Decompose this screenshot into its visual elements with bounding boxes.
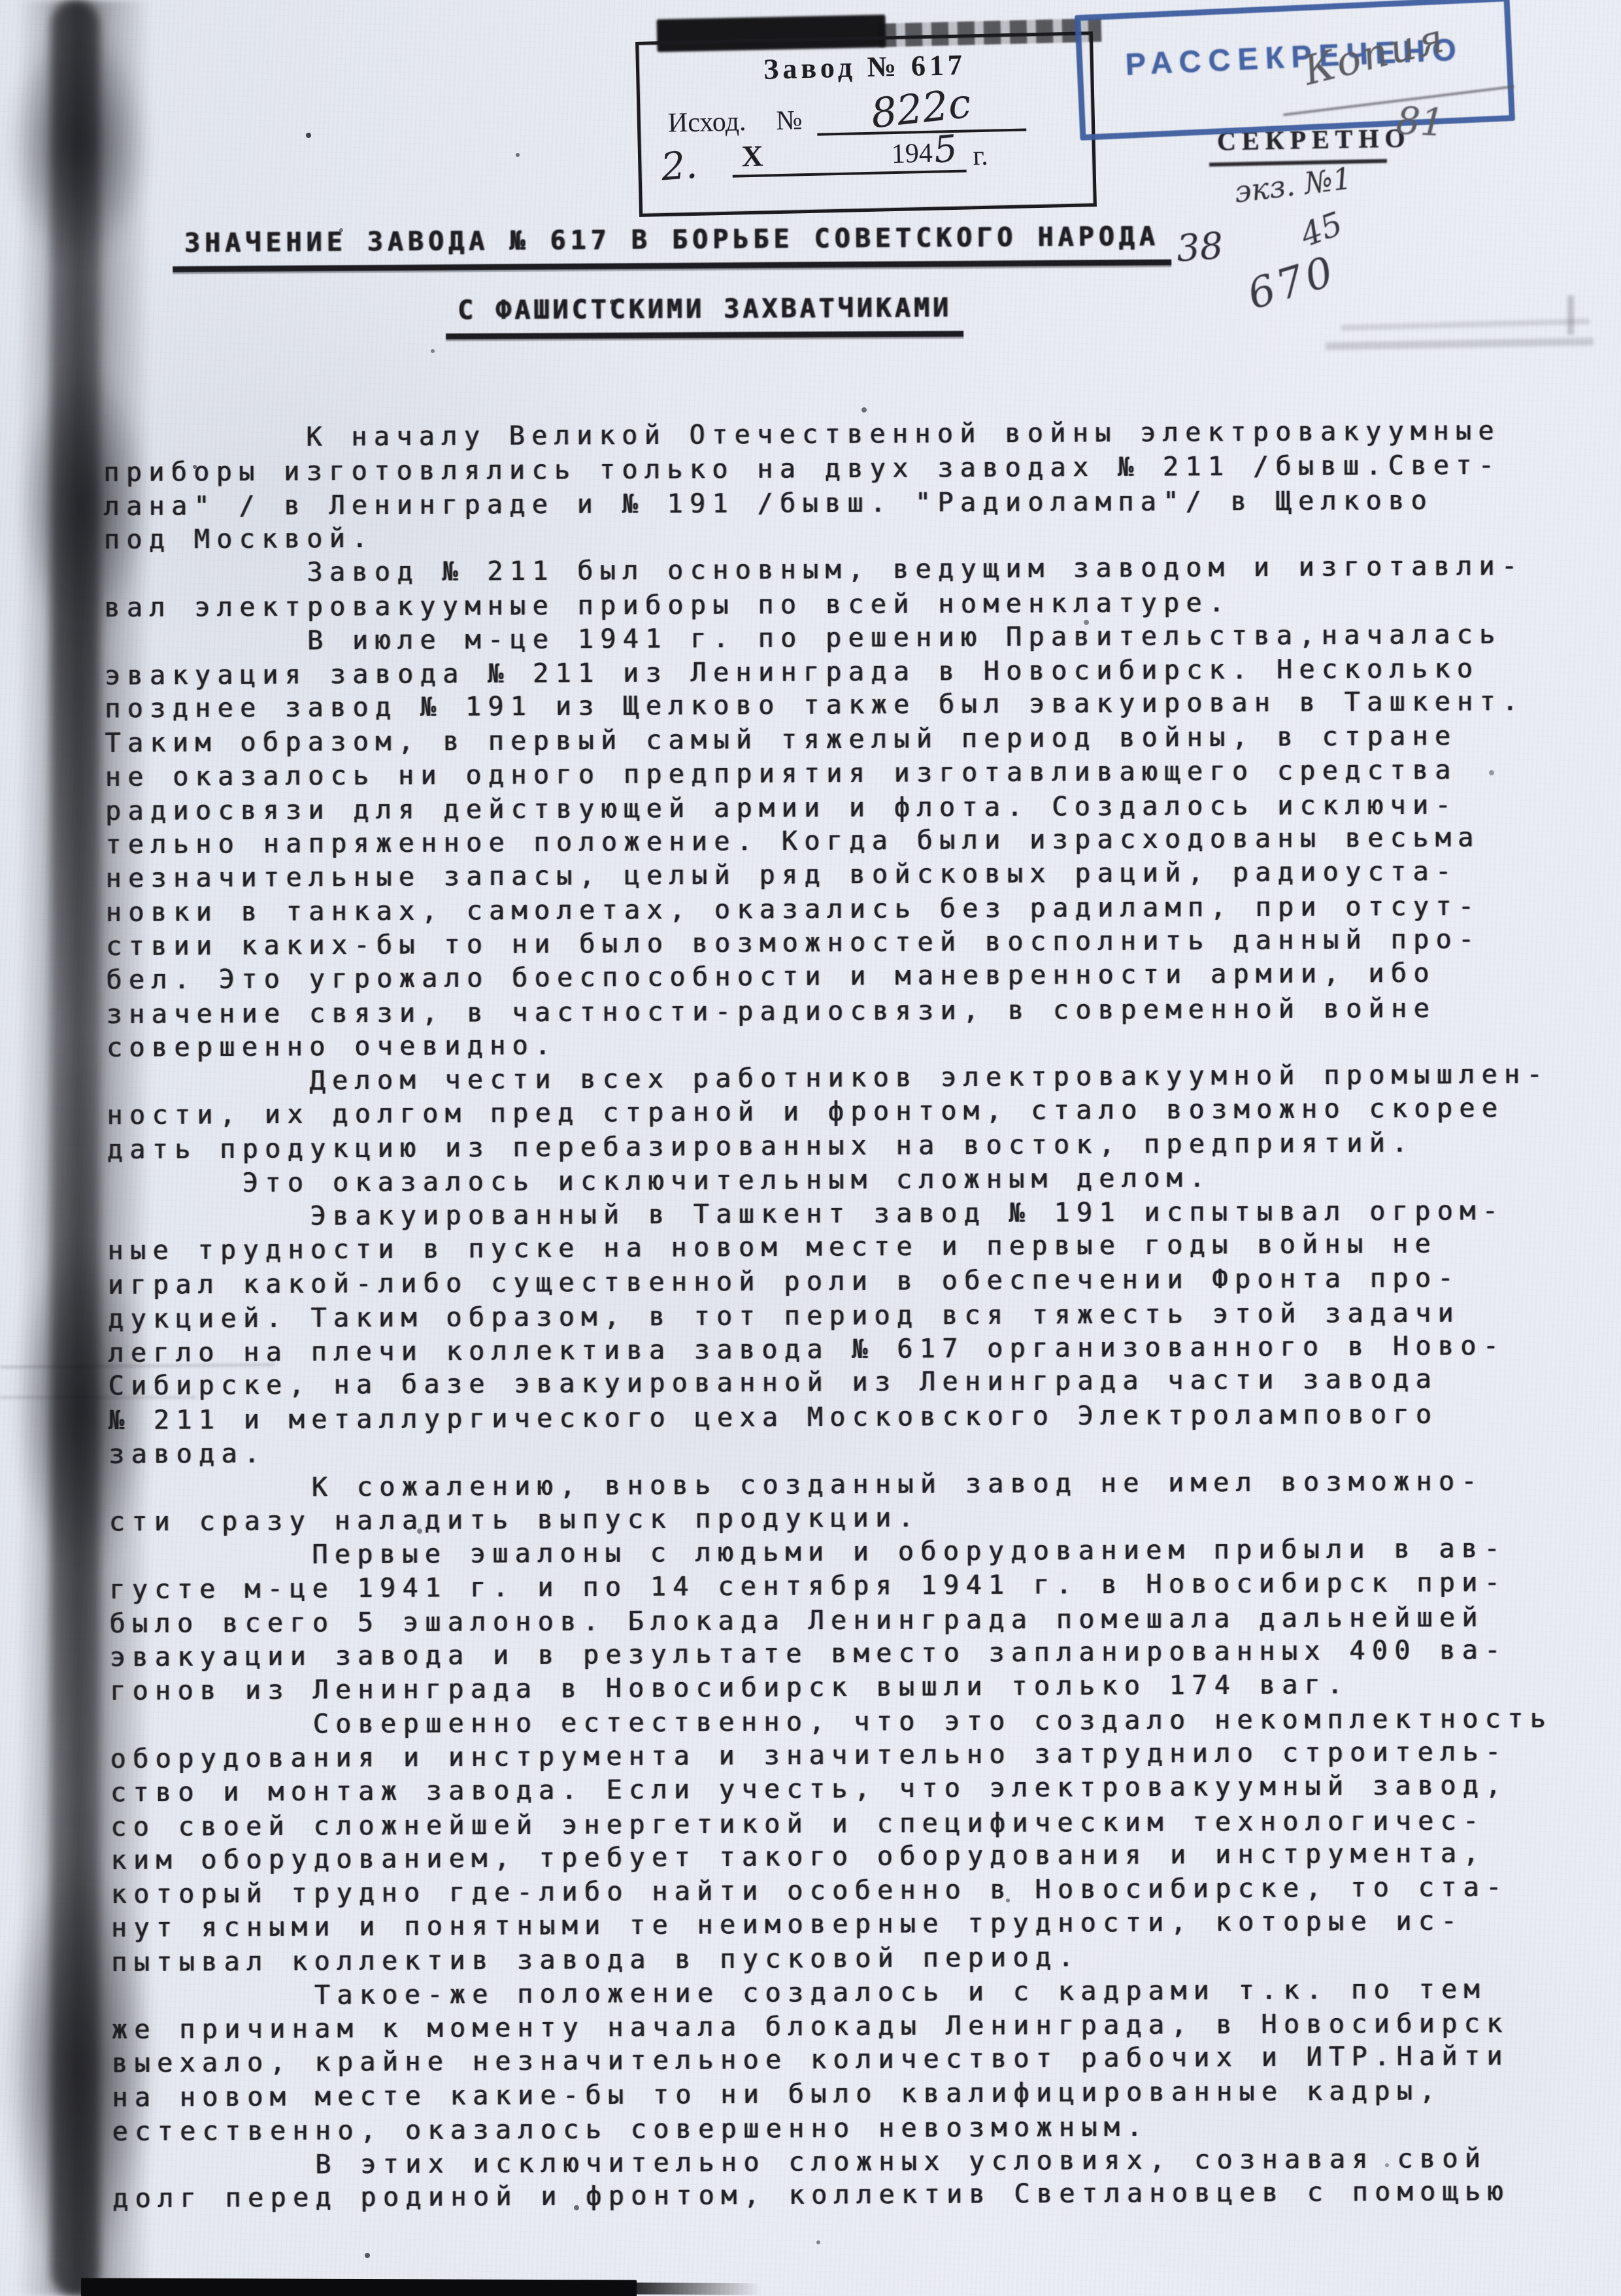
body-line-53: долг перед родиной и фронтом, коллектив … (112, 2175, 1555, 2216)
date-year: 1945 (891, 137, 958, 170)
outgoing-number-handwritten: 822с (870, 90, 973, 127)
date-field: X 1945 (732, 134, 967, 178)
date-month: X (741, 139, 763, 174)
faded-stamp-remnant (1326, 337, 1594, 350)
date-year-handwritten: 5 (933, 137, 958, 163)
pencil-number-81: 81 (1395, 98, 1445, 145)
body-line-2: приборы изготовлялись только на двух зав… (103, 448, 1546, 490)
faded-stamp-remnant (1567, 295, 1574, 335)
handwritten-number-45: 45 (1295, 205, 1348, 254)
handwritten-number-38: 38 (1175, 225, 1225, 271)
issue-stamp-box: Завод № 617 Исход. № 822с 2. X 1945 г. (635, 31, 1097, 217)
body-line-41: ство и монтаж завода. Если учесть, что э… (110, 1769, 1553, 1810)
declassified-stamp: РАССЕКРЕЧЕНО (1075, 0, 1515, 141)
date-row: 2. X 1945 г. (660, 131, 1092, 179)
body-line-5: Завод № 211 был основным, ведущим заводо… (104, 550, 1546, 591)
faded-stamp-remnant (1341, 318, 1590, 331)
body-line-35: густе м-це 1941 г. и по 14 сентября 1941… (109, 1566, 1552, 1608)
document-title-line2: С ФАШИСТСКИМИ ЗАХВАТЧИКАМИ (458, 293, 963, 339)
document-title-line2-text: С ФАШИСТСКИМИ ЗАХВАТЧИКАМИ (446, 293, 963, 339)
copy-number-note: экз. №1 (1232, 160, 1354, 210)
date-year-typed: 194 (891, 139, 933, 169)
body-line-26: играл какой-либо существенной роли в обе… (108, 1261, 1550, 1302)
body-line-17: бел. Это угрожало боеспособности и манев… (106, 956, 1548, 998)
document-body: К началу Великой Отечественной войны эле… (103, 414, 1555, 2217)
number-sign: № (776, 105, 803, 137)
secret-stamp-underline (1209, 159, 1387, 167)
body-line-11: не оказалось ни одного предприятия изгот… (105, 753, 1548, 794)
date-unit: г. (973, 141, 988, 173)
outgoing-number-field: 822с (816, 93, 1026, 135)
scan-edge-bar (81, 2278, 637, 2296)
document-title-line1: ЗНАЧЕНИЕ ЗАВОДА № 617 В БОРЬБЕ СОВЕТСКОГ… (184, 222, 1171, 273)
scanned-document-page: Завод № 617 Исход. № 822с 2. X 1945 г. Р… (0, 0, 1621, 2296)
body-line-29: Сибирске, на базе эвакуированной из Лени… (109, 1362, 1551, 1404)
scan-shadow-blob (7, 26, 150, 262)
document-title-line1-text: ЗНАЧЕНИЕ ЗАВОДА № 617 В БОРЬБЕ СОВЕТСКОГ… (173, 222, 1171, 273)
date-day-handwritten: 2. (660, 151, 698, 180)
handwritten-number-670: 670 (1242, 247, 1342, 320)
factory-number-label: Завод № 617 (639, 45, 1091, 89)
ink-specks (0, 0, 3, 3)
scan-fold-core-shadow (51, 0, 99, 2296)
outgoing-label: Исход. (667, 106, 746, 139)
body-line-50: на новом месте какие-бы то ни было квали… (112, 2074, 1554, 2115)
